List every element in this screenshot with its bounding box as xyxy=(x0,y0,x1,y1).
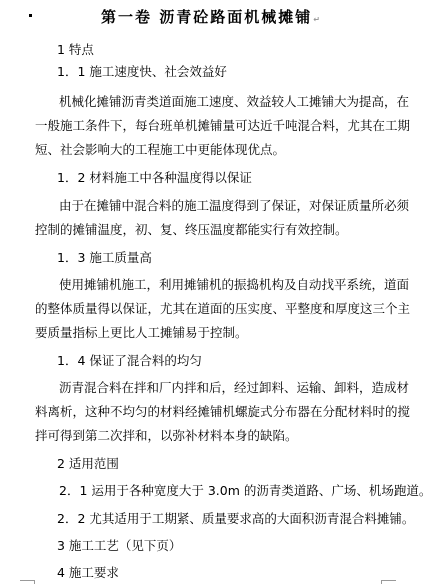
line-text: 使用摊铺机施工，利用摊铺机的振捣机构及自动找平系统，道面 xyxy=(59,277,409,292)
line-text: 2 适用范围 xyxy=(57,456,119,471)
paragraph-line: 2 适用范围 xyxy=(57,456,119,472)
line-text: 短、社会影响大的工程施工中更能体现优点。 xyxy=(35,142,285,157)
paragraph-line: 2．1 运用于各种宽度大于 3.0m 的沥青类道路、广场、机场跑道。 xyxy=(59,483,431,499)
paragraph-line: 1．3 施工质量高 xyxy=(57,250,152,266)
line-text: 4 施工要求 xyxy=(57,565,119,580)
paragraph-line: 1．4 保证了混合料的均匀 xyxy=(57,353,202,369)
paragraph-line: 要质量指标上更比人工摊铺易于控制。 xyxy=(35,325,248,341)
paragraph-line: 一般施工条件下，每台班单机摊铺量可达近千吨混合料，尤其在工期 xyxy=(35,118,410,134)
line-text: 控制的摊铺温度，初、复、终压温度都能实行有效控制。 xyxy=(35,222,348,237)
line-text: 3 施工工艺（见下页） xyxy=(57,538,181,553)
paragraph-line: 使用摊铺机施工，利用摊铺机的振捣机构及自动找平系统，道面 xyxy=(59,277,409,293)
paragraph-line: 由于在摊铺中混合料的施工温度得到了保证，对保证质量所必须 xyxy=(59,198,409,214)
line-text: 1．4 保证了混合料的均匀 xyxy=(57,353,202,368)
line-text: 沥青混合料在拌和厂内拌和后，经过卸料、运输、卸料，造成材 xyxy=(59,380,409,395)
paragraph-line: 拌可得到第二次拌和，以弥补材料本身的缺陷。 xyxy=(35,428,298,444)
document-title: 第一卷 沥青砼路面机械摊铺↵ xyxy=(101,6,322,27)
paragraph-mark-icon: ↵ xyxy=(313,15,322,24)
line-text: 由于在摊铺中混合料的施工温度得到了保证，对保证质量所必须 xyxy=(59,198,409,213)
line-text: 机械化摊铺沥青类道面施工速度、效益较人工摊铺大为提高，在 xyxy=(59,94,409,109)
line-text: 的整体质量得以保证，尤其在道面的压实度、平整度和厚度这三个主 xyxy=(35,301,410,316)
paragraph-line: 的整体质量得以保证，尤其在道面的压实度、平整度和厚度这三个主 xyxy=(35,301,410,317)
paragraph-line: 机械化摊铺沥青类道面施工速度、效益较人工摊铺大为提高，在 xyxy=(59,94,409,110)
page-corner-mark-right xyxy=(381,580,396,584)
paragraph-line: 沥青混合料在拌和厂内拌和后，经过卸料、运输、卸料，造成材 xyxy=(59,380,409,396)
line-text: 2．1 运用于各种宽度大于 3.0m 的沥青类道路、广场、机场跑道。 xyxy=(59,483,431,498)
line-text: 要质量指标上更比人工摊铺易于控制。 xyxy=(35,325,248,340)
title-text: 第一卷 沥青砼路面机械摊铺 xyxy=(101,8,312,26)
paragraph-line: 2．2 尤其适用于工期紧、质量要求高的大面积沥青混合料摊铺。 xyxy=(57,511,414,527)
line-text: 一般施工条件下，每台班单机摊铺量可达近千吨混合料，尤其在工期 xyxy=(35,118,410,133)
line-text: 料离析，这种不均匀的材料经摊铺机螺旋式分布器在分配材料时的搅 xyxy=(35,404,410,419)
line-text: 2．2 尤其适用于工期紧、质量要求高的大面积沥青混合料摊铺。 xyxy=(57,511,414,526)
page-corner-mark-left xyxy=(20,580,35,584)
paragraph-line: 料离析，这种不均匀的材料经摊铺机螺旋式分布器在分配材料时的搅 xyxy=(35,404,410,420)
paragraph-line: 短、社会影响大的工程施工中更能体现优点。 xyxy=(35,142,285,158)
paragraph-line: 1．2 材料施工中各种温度得以保证 xyxy=(57,170,252,186)
line-text: 1．2 材料施工中各种温度得以保证 xyxy=(57,170,252,185)
paragraph-line: 1 特点 xyxy=(57,42,94,58)
line-text: 1 特点 xyxy=(57,42,94,57)
list-bullet-marker xyxy=(29,14,32,17)
line-text: 1．1 施工速度快、社会效益好 xyxy=(57,64,227,79)
line-text: 1．3 施工质量高 xyxy=(57,250,152,265)
paragraph-line: 4 施工要求 xyxy=(57,565,119,581)
paragraph-line: 控制的摊铺温度，初、复、终压温度都能实行有效控制。 xyxy=(35,222,348,238)
line-text: 拌可得到第二次拌和，以弥补材料本身的缺陷。 xyxy=(35,428,298,443)
paragraph-line: 3 施工工艺（见下页） xyxy=(57,538,181,554)
paragraph-line: 1．1 施工速度快、社会效益好 xyxy=(57,64,227,80)
